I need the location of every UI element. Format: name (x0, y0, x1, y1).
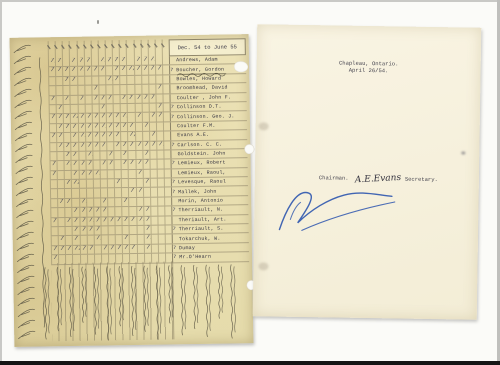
tally-mark: 7 (85, 67, 91, 74)
pre-name-tick: 7 (170, 104, 177, 111)
member-name: Collinson. Geo. J. (177, 113, 235, 120)
tally-mark: 7 (128, 95, 134, 102)
member-name: Lemieux, Robert (178, 160, 226, 167)
tally-mark: 7 (72, 142, 78, 149)
date-header-marks: ////////////////////////////////// (48, 39, 169, 58)
member-name-cell: Evans A.E. (170, 130, 247, 140)
pre-name-tick: 7 (172, 189, 179, 196)
member-name-cell: 7Lemieux, Robert (171, 158, 248, 168)
tally-mark: 7 (58, 199, 64, 206)
tally-mark: 7 (79, 161, 85, 168)
tally-mark: 7 (80, 208, 86, 215)
member-name-cell: 7Mallek, John (171, 187, 248, 197)
scan-border-top (0, 0, 500, 2)
tally-mark: 7 (85, 58, 91, 65)
tally-mark: 7 (78, 123, 84, 130)
tally-mark: 7 (100, 133, 106, 140)
member-name-cell: Coulter F.M. (170, 121, 247, 131)
tally-mark: 7 (63, 67, 69, 74)
member-name-cell: Lemieux, Raoul, (171, 168, 248, 178)
tally-mark: 7 (66, 218, 72, 225)
tally-mark: 7 (114, 142, 120, 149)
tally-mark: 7 (122, 151, 128, 158)
tally-mark: 7 (106, 57, 112, 64)
member-name-cell: Coulter , John F. (170, 93, 247, 103)
tally-mark: 7 (129, 160, 135, 167)
tally-mark: 7 (59, 246, 65, 253)
tally-mark: 7 (144, 207, 150, 214)
tally-mark: 7 (113, 57, 119, 64)
tally-mark: 7 (100, 104, 106, 111)
member-name-cell: Theriault, Art. (172, 215, 249, 225)
tally-mark: 7 (86, 123, 92, 130)
pencil-mark (97, 20, 99, 24)
scan-border-left (0, 0, 2, 365)
tally-mark: 7 (150, 113, 156, 120)
attendance-ledger-page: ////////////////////////////////// Dec. … (10, 34, 254, 347)
tally-mark: 7 (129, 141, 135, 148)
tally-mark: 7 (109, 245, 115, 252)
member-name-cell: Goldstein. John (170, 149, 247, 159)
tally-mark: 7 (94, 217, 100, 224)
tally-mark: 7 (144, 245, 150, 252)
meeting-minutes-page: Chapleau, Ontario. April 26/54. Chairman… (253, 24, 482, 319)
member-name: Andrews, Adam (176, 57, 218, 64)
tally-mark: 7 (71, 77, 77, 84)
member-name: Goldstein. John (178, 151, 226, 158)
tally-mark: 7 (114, 132, 120, 139)
tally-mark: 7 (143, 179, 149, 186)
tally-mark: 7 (115, 179, 121, 186)
tally-mark: 7 (142, 94, 148, 101)
tally-mark: 7 (79, 170, 85, 177)
member-name: Lemieux, Raoul, (178, 169, 226, 176)
member-name-cell: 7Collinson. Geo. J. (170, 112, 247, 122)
tally-mark: 7 (56, 67, 62, 74)
tally-mark: 7 (121, 123, 127, 130)
pre-name-tick: 7 (171, 114, 178, 121)
member-name: Coulter , John F. (177, 94, 232, 101)
tally-mark: 7 (150, 141, 156, 148)
tally-mark: 7 (143, 122, 149, 129)
member-name: Tokarchuk, W. (179, 235, 221, 242)
smudge (259, 122, 269, 130)
tally-mark: 7 (73, 217, 79, 224)
tally-mark: 7 (86, 170, 92, 177)
tally-mark: 7 (107, 114, 113, 121)
tally-mark: 7 (123, 217, 129, 224)
tally-mark: 7 (116, 245, 122, 252)
tally-mark: 7 (143, 151, 149, 158)
tally-mark: 7 (77, 58, 83, 65)
tally-mark: 7 (86, 142, 92, 149)
tally-mark: 7 (130, 217, 136, 224)
tally-mark: 7 (92, 95, 98, 102)
tally-mark: 7 (107, 132, 113, 139)
tally-mark: 7 (57, 124, 63, 131)
tally-mark: 7 (65, 152, 71, 159)
tally-mark: 7 (49, 68, 55, 75)
member-name-cell: Morin, Antonio (171, 196, 248, 206)
member-name-cell: 7Levesque, Raoul (171, 177, 248, 187)
tally-mark: 7 (72, 171, 78, 178)
member-name: Evans A.E. (177, 132, 209, 139)
tally-mark: 7 (65, 199, 71, 206)
member-name: Carlson. C. C. (177, 141, 222, 148)
period-label: Dec. 54 to June 55 (169, 38, 246, 56)
tally-mark: 7 (51, 218, 57, 225)
tally-mark: 7 (49, 96, 55, 103)
tally-mark: 7 (143, 141, 149, 148)
tally-mark: 7 (120, 66, 126, 73)
secretary-label: Secretary. (405, 176, 438, 184)
tally-mark: 7 (107, 123, 113, 130)
minutes-header: Chapleau, Ontario. April 26/54. (257, 58, 481, 76)
tally-mark: 7 (80, 227, 86, 234)
tally-mark: 7 (120, 57, 126, 64)
tally-mark: 7 (94, 227, 100, 234)
tally-mark: 7 (80, 246, 86, 253)
document-scan: ////////////////////////////////// Dec. … (0, 0, 500, 365)
tally-mark: 7 (113, 76, 119, 83)
date-header-mark: // (162, 39, 169, 56)
tally-mark: 7 (92, 67, 98, 74)
tally-mark: 7 (144, 216, 150, 223)
tally-mark: 7 (116, 217, 122, 224)
member-name-cell: 7Dumay (172, 243, 249, 253)
tally-mark: 7 (57, 114, 63, 121)
ink-speck (461, 151, 465, 154)
tally-mark: 7 (157, 113, 163, 120)
tally-mark: 7 (73, 208, 79, 215)
tally-mark: 7 (66, 246, 72, 253)
tally-mark: 7 (93, 133, 99, 140)
member-name-cell: Tokarchuk, W. (172, 234, 249, 244)
tally-mark: 7 (142, 66, 148, 73)
punch-hole-top (244, 144, 254, 154)
grid-rows: 777777777777777Andrews, Adam777777777777… (48, 55, 249, 265)
tally-mark: 7 (85, 114, 91, 121)
torn-hole (234, 61, 248, 72)
tally-mark: 7 (100, 114, 106, 121)
tally-mark: 7 (136, 188, 142, 195)
tally-mark: 7 (50, 115, 56, 122)
tally-mark: 7 (149, 66, 155, 73)
tally-mark: 7 (135, 94, 141, 101)
tally-mark: 7 (52, 246, 58, 253)
tally-mark: 7 (56, 58, 62, 65)
member-name: Dumay (179, 245, 195, 251)
tally-mark: 7 (149, 94, 155, 101)
tally-mark: 7 (94, 208, 100, 215)
tally-mark: 7 (101, 208, 107, 215)
tally-mark: 7 (136, 160, 142, 167)
tally-mark: 7 (50, 133, 56, 140)
tally-mark: 7 (121, 142, 127, 149)
tally-mark: 7 (136, 141, 142, 148)
member-name: Coulter F.M. (177, 123, 215, 130)
tally-mark: 7 (93, 114, 99, 121)
tally-mark: 7 (51, 161, 57, 168)
tally-mark: 7 (156, 85, 162, 92)
tally-mark: 7 (71, 133, 77, 140)
tally-mark: 7 (64, 124, 70, 131)
tally-mark: 7 (87, 208, 93, 215)
tally-mark: 7 (57, 133, 63, 140)
pre-name-tick: 7 (171, 142, 178, 149)
tally-mark: 7 (137, 207, 143, 214)
tally-mark: 7 (101, 198, 107, 205)
pre-name-tick: 7 (173, 254, 180, 261)
tally-mark: 7 (100, 142, 106, 149)
tally-mark: 7 (72, 152, 78, 159)
tally-mark: 7 (128, 123, 134, 130)
member-name: Levesque, Raoul (178, 179, 226, 186)
member-name: Therriault, S. (179, 226, 224, 233)
tally-mark: 7 (107, 151, 113, 158)
tally-mark: 7 (73, 227, 79, 234)
tally-mark: 7 (144, 226, 150, 233)
tally-mark: 7 (80, 217, 86, 224)
tally-mark: 7 (65, 180, 71, 187)
tally-mark: 7 (86, 161, 92, 168)
pre-name-tick: 7 (171, 160, 178, 167)
tally-mark: 7 (70, 58, 76, 65)
minutes-body (278, 81, 464, 84)
tally-mark: 7 (57, 105, 63, 112)
member-name: Morin, Antonio (178, 198, 223, 205)
member-name-cell: Bowles, Howard (169, 74, 246, 84)
tally-mark: 7 (143, 160, 149, 167)
tally-mark: 7 (123, 235, 129, 242)
member-name-cell: 7Collinson D.T. (170, 102, 247, 112)
tally-mark: 7 (51, 171, 57, 178)
tally-mark: 7 (70, 67, 76, 74)
tally-mark: 7 (106, 95, 112, 102)
tally-mark: 7 (108, 217, 114, 224)
handwritten-footer-notes (37, 260, 250, 343)
pre-name-tick: 7 (172, 179, 179, 186)
tally-mark: 7 (122, 198, 128, 205)
tally-mark: 7 (73, 236, 79, 243)
tally-mark: 7 (86, 133, 92, 140)
member-name: Broomhead, David (176, 85, 227, 92)
tally-mark: 7 (135, 113, 141, 120)
tally-mark: 7 (113, 67, 119, 74)
scan-border-bottom (0, 361, 500, 365)
member-name: Mr.O'Hearn (179, 254, 211, 261)
tally-mark: 7 (78, 95, 84, 102)
member-name: Bowles, Howard (176, 76, 221, 83)
tally-mark: 7 (93, 123, 99, 130)
member-name: Therriault, N. (178, 207, 223, 214)
tally-mark: 7 (130, 245, 136, 252)
tally-mark: 7 (87, 245, 93, 252)
member-name-cell: 7Carlson. C. C. (170, 140, 247, 150)
pre-name-tick: 7 (173, 245, 180, 252)
smudge (258, 262, 268, 270)
chairman-signature (265, 166, 404, 242)
tally-mark: 7 (121, 95, 127, 102)
tally-mark: 7 (114, 123, 120, 130)
tally-mark: 7 (142, 57, 148, 64)
tally-mark: 7 (135, 66, 141, 73)
tally-mark: 7 (136, 170, 142, 177)
member-name-cell: 7Therriault, N. (171, 205, 248, 215)
tally-mark: 7 (64, 142, 70, 149)
member-name: Mallek, John (178, 188, 216, 195)
tally-mark: 7 (157, 103, 163, 110)
tally-mark: 7 (99, 95, 105, 102)
tally-mark: 7 (108, 161, 114, 168)
tally-mark: 7 (71, 124, 77, 131)
tally-mark: 7 (87, 227, 93, 234)
pre-name-tick: 7 (172, 226, 179, 233)
tally-mark: 7 (99, 67, 105, 74)
tally-mark: 7 (64, 114, 70, 121)
pre-name-tick: 7 (172, 207, 179, 214)
tally-mark: 7 (59, 236, 65, 243)
tally-mark: 7 (63, 77, 69, 84)
tally-mark: 7 (100, 161, 106, 168)
tally-mark: 7 (92, 86, 98, 93)
tally-mark: 7 (156, 66, 162, 73)
tally-mark: 7 (102, 245, 108, 252)
tally-mark: 7 (122, 160, 128, 167)
attendance-grid: ////////////////////////////////// Dec. … (48, 38, 249, 265)
tally-mark: 7 (114, 114, 120, 121)
member-name-cell: Broomhead, David (169, 83, 246, 93)
tally-mark: 7 (129, 188, 135, 195)
tally-mark: 7 (93, 142, 99, 149)
member-name: Collinson D.T. (177, 104, 222, 111)
tally-mark: 7 (101, 217, 107, 224)
tally-mark: 7 (79, 142, 85, 149)
tally-mark: 7 (78, 114, 84, 121)
member-name-cell: 7Therriault, S. (172, 224, 249, 234)
tally-mark: 7 (150, 132, 156, 139)
tally-mark: 7 (72, 161, 78, 168)
tally-mark: 7 (134, 57, 140, 64)
member-name: Theriault, Art. (179, 216, 227, 223)
